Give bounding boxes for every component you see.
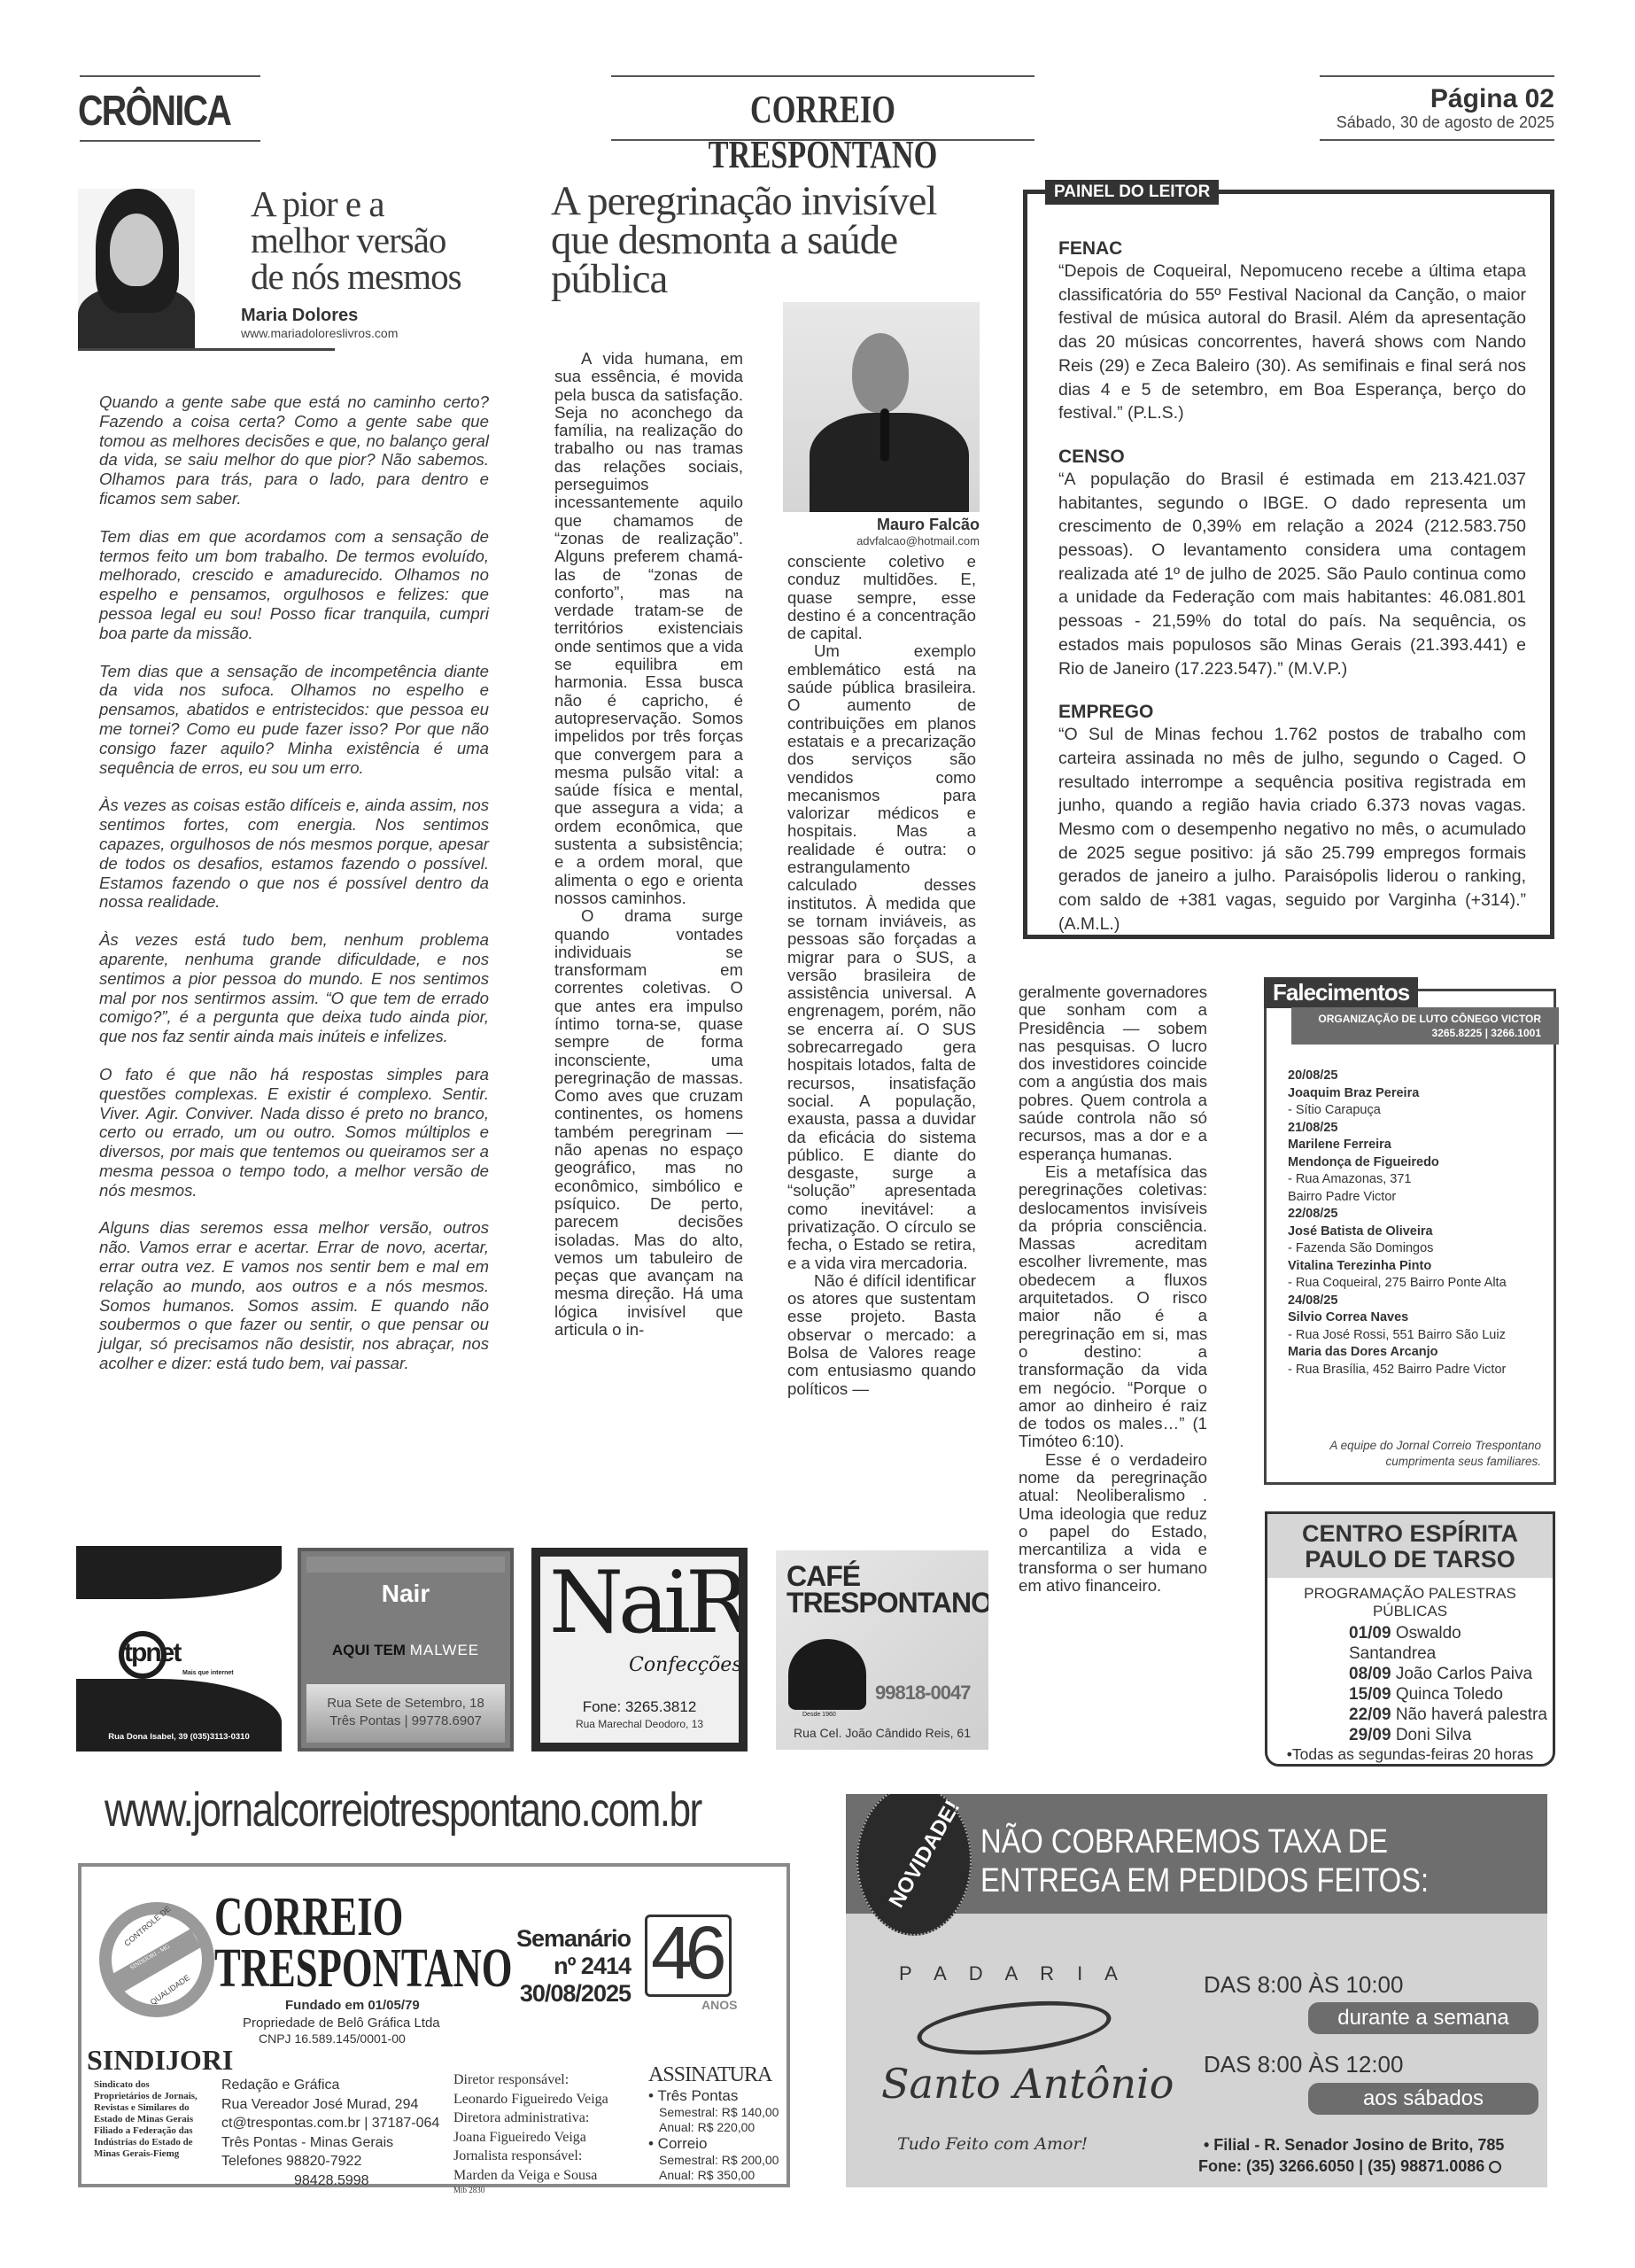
tpnet-address: Rua Dona Isabel, 39 (035)3113-0310 (76, 1732, 282, 1742)
schedule-row: 08/09 João Carlos Paiva (1267, 1664, 1553, 1684)
schedule-row: 29/09 Doni Silva (1267, 1725, 1553, 1745)
painel-item-text: “A população do Brasil é estimada em 213… (1058, 468, 1526, 680)
cafe-phone: 99818-0047 (875, 1682, 970, 1705)
schedule-row: 22/09 Não haverá palestra (1267, 1705, 1553, 1725)
novidade-label: NOVIDADE! (885, 1797, 966, 1913)
author-photo-maria-dolores (78, 189, 195, 348)
quality-seal: CONTROLE DE SINDIJORI - MG QUALIDADE (99, 1902, 214, 2017)
nair-logo: NaiR (549, 1560, 744, 1645)
obituary-list: 20/08/25 Joaquim Braz Pereira - Sítio Ca… (1288, 1068, 1554, 1379)
painel-do-leitor: PAINEL DO LEITOR FENAC “Depois de Coquei… (1023, 190, 1554, 939)
owner: Propriedade de Belô Gráfica Ltda (243, 2016, 440, 2031)
falecimentos-box: Falecimentos ORGANIZAÇÃO DE LUTO CÔNEGO … (1264, 989, 1556, 1485)
redacao-info: Redação e Gráfica Rua Vereador José Mura… (221, 2076, 439, 2190)
article-title: A peregrinação invisível que desmonta a … (551, 182, 936, 299)
divider (1320, 75, 1554, 77)
ad-cafe-trespontano[interactable]: CAFÉ TRESPONTANO Desde 1960 99818-0047 R… (776, 1550, 988, 1750)
ad-nair-confeccoes[interactable]: NaiR Confecções Fone: 3265.3812 Rua Mare… (531, 1548, 748, 1751)
divider (1320, 139, 1554, 141)
halo-icon (915, 1993, 1114, 2063)
painel-item-title: CENSO (1058, 447, 1526, 468)
expediente-box: CONTROLE DE SINDIJORI - MG QUALIDADE COR… (78, 1863, 790, 2187)
article-column-3: geralmente governadores que sonham com a… (1019, 983, 1207, 1595)
article-byline: Mauro Falcão advfalcao@hotmail.com (783, 516, 980, 548)
padaria-phones: Fone: (35) 3266.6050 | (35) 98871.0086 (1198, 2157, 1501, 2176)
cronica-body: Quando a gente sabe que está no caminho … (99, 392, 489, 1392)
anniversary-label: ANOS (701, 1998, 737, 2012)
centro-espirita-box: CENTRO ESPÍRITA PAULO DE TARSO PROGRAMAÇ… (1265, 1511, 1555, 1767)
crown-icon (788, 1639, 866, 1710)
delivery-slot-1: DAS 8:00 ÀS 10:00 (1204, 1971, 1403, 1999)
divider (611, 75, 1034, 77)
author-email[interactable]: advfalcao@hotmail.com (783, 534, 980, 548)
ad-padaria-santo-antonio[interactable]: NÃO COBRAREMOS TAXA DE ENTREGA EM PEDIDO… (846, 1794, 1547, 2187)
portrait-body (810, 413, 969, 512)
issue-info: Semanário nº 2414 30/08/2025 (462, 1925, 631, 2008)
portrait-face (852, 333, 909, 413)
masthead-title: CORREIO TRESPONTANO (658, 87, 988, 177)
whatsapp-icon (1489, 2161, 1501, 2173)
ad-nair-malwee[interactable]: Nair AQUI TEM MALWEE Rua Sete de Setembr… (298, 1548, 514, 1751)
painel-item-text: “Depois de Coqueiral, Nepomuceno recebe … (1058, 260, 1526, 425)
centro-note: •Todas as segundas-feiras 20 horas (1267, 1745, 1553, 1764)
subscription-info: ASSINATURA • Três Pontas Semestral: R$ 1… (648, 2063, 779, 2183)
painel-tag: PAINEL DO LEITOR (1045, 180, 1219, 205)
sindijori-title: SINDIJORI (87, 2044, 233, 2077)
funeral-home: ORGANIZAÇÃO DE LUTO CÔNEGO VICTOR 3265.8… (1291, 1007, 1559, 1045)
page-date: Sábado, 30 de agosto de 2025 (1320, 113, 1554, 132)
padaria-label: P A D A R I A (899, 1962, 1127, 1985)
painel-item: EMPREGO “O Sul de Minas fechou 1.762 pos… (1058, 702, 1526, 936)
author-name: Mauro Falcão (783, 516, 980, 534)
founded-date: Fundado em 01/05/79 (285, 1998, 420, 2013)
anniversary-badge: 46 (645, 1915, 732, 1997)
section-title: CRÔNICA (78, 87, 230, 136)
centro-title: CENTRO ESPÍRITA PAULO DE TARSO (1267, 1514, 1553, 1578)
cronica-title: A pior e a melhor versão de nós mesmos (251, 186, 461, 295)
slot-2-label: aos sábados (1308, 2083, 1538, 2115)
cafe-address: Rua Cel. João Cândido Reis, 61 (776, 1726, 988, 1740)
ad-tpnet[interactable]: tpnet Mais que internet Rua Dona Isabel,… (76, 1546, 282, 1751)
centro-address: •Rua 7 de setembro, 528 Centro (1267, 1764, 1553, 1767)
nair-phone: Fone: 3265.3812 (540, 1698, 739, 1716)
tpnet-logo: tpnet (124, 1638, 180, 1668)
falecimentos-tag: Falecimentos (1264, 977, 1418, 1008)
cafe-title: CAFÉ TRESPONTANO (787, 1563, 988, 1616)
masthead: CORREIO TRESPONTANO (611, 87, 1034, 177)
ad-band (306, 1557, 505, 1573)
cafe-since: Desde 1960 (802, 1712, 836, 1718)
painel-items: FENAC “Depois de Coqueiral, Nepomuceno r… (1058, 217, 1526, 936)
article-column-1: A vida humana, em sua essência, é movida… (554, 350, 743, 1339)
padaria-brand: Santo Antônio (881, 2060, 1174, 2108)
painel-item-text: “O Sul de Minas fechou 1.762 postos de t… (1058, 723, 1526, 936)
tpnet-tagline: Mais que internet (182, 1670, 234, 1676)
author-website[interactable]: www.mariadoloreslivros.com (241, 326, 398, 340)
cnpj: CNPJ 16.589.145/0001-00 (259, 2031, 406, 2046)
painel-item: FENAC “Depois de Coqueiral, Nepomuceno r… (1058, 238, 1526, 425)
page-number: Página 02 (1320, 84, 1554, 114)
staff-info: Diretor responsável: Leonardo Figueiredo… (453, 2070, 608, 2195)
ad-wave-top (76, 1546, 282, 1599)
padaria-slogan: Tudo Feito com Amor! (897, 2134, 1088, 2154)
website-url[interactable]: www.jornalcorreiotrespontano.com.br (105, 1783, 701, 1837)
portrait-face (110, 214, 163, 286)
byline-rule (78, 348, 335, 351)
painel-item-title: EMPREGO (1058, 702, 1526, 723)
padaria-address: • Filial - R. Senador Josino de Brito, 7… (1204, 2136, 1504, 2155)
centro-body: PROGRAMAÇÃO PALESTRAS PÚBLICAS 01/09 Osw… (1267, 1585, 1553, 1767)
divider (611, 139, 1034, 141)
ad-headline: NÃO COBRAREMOS TAXA DE ENTREGA EM PEDIDO… (980, 1822, 1429, 1900)
seal-text-bottom: QUALIDADE (149, 1973, 191, 2007)
nair-address: Rua Marechal Deodoro, 13 (540, 1718, 739, 1730)
nair-name: Nair (301, 1580, 510, 1608)
seal-text-top: CONTROLE DE (122, 1904, 172, 1947)
schedule-row: 01/09 Oswaldo Santandrea (1267, 1623, 1553, 1664)
slot-1-label: durante a semana (1308, 2002, 1538, 2034)
confeccoes-label: Confecções (629, 1654, 742, 1676)
nair-address: Rua Sete de Setembro, 18 Três Pontas | 9… (306, 1684, 505, 1743)
schedule-row: 15/09 Quinca Toledo (1267, 1684, 1553, 1705)
falecimentos-footer: A equipe do Jornal Correio Trespontano c… (1284, 1438, 1541, 1470)
novidade-sticker: NOVIDADE! (856, 1794, 972, 1936)
microphone-icon (880, 408, 889, 462)
author-photo-mauro-falcao (783, 302, 980, 512)
divider (80, 140, 260, 142)
delivery-slot-2: DAS 8:00 ÀS 12:00 (1204, 2051, 1403, 2078)
painel-item: CENSO “A população do Brasil é estimada … (1058, 447, 1526, 680)
sindijori-description: Sindicato dos Proprietários de Jornais, … (94, 2079, 198, 2160)
malwee-line: AQUI TEM MALWEE (301, 1642, 510, 1659)
author-name: Maria Dolores (241, 306, 358, 326)
centro-subtitle: PROGRAMAÇÃO PALESTRAS PÚBLICAS (1267, 1585, 1553, 1620)
article-column-2: consciente coletivo e conduz multidões. … (787, 553, 976, 1398)
painel-item-title: FENAC (1058, 238, 1526, 260)
divider (80, 75, 260, 77)
